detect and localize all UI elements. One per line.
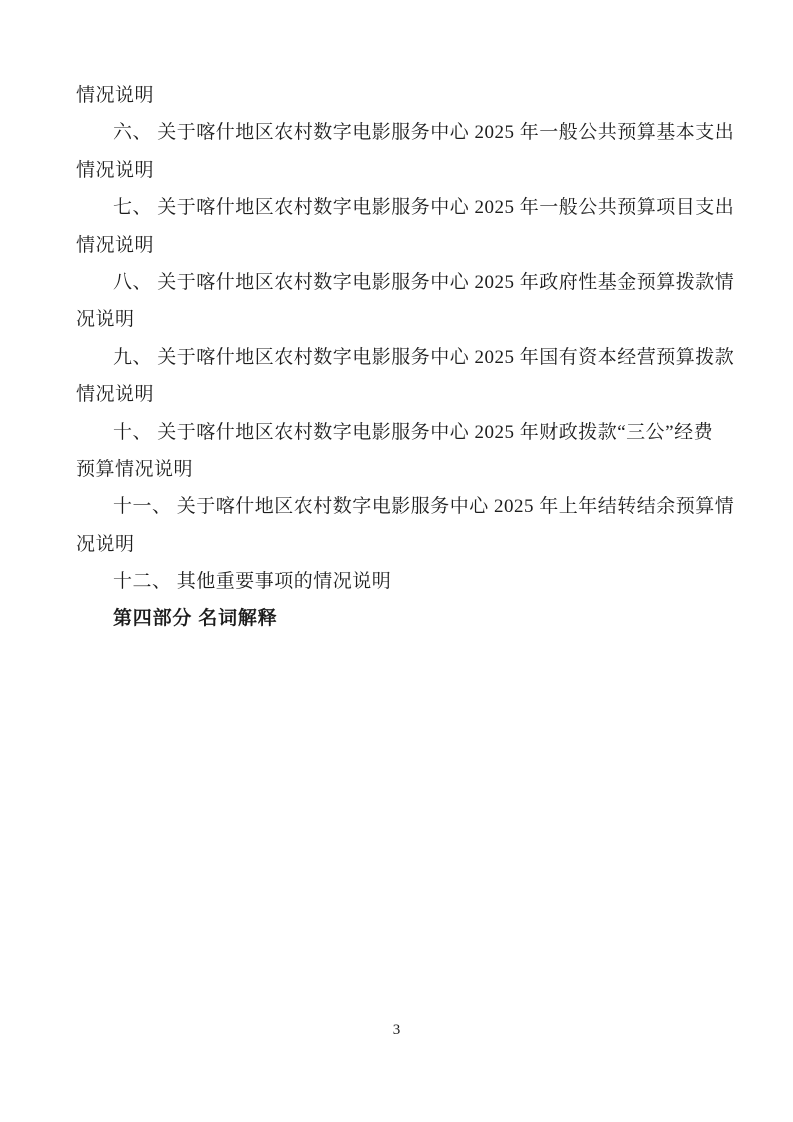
toc-item-9-line2: 情况说明 bbox=[76, 376, 720, 413]
toc-item-8-line1: 八、 关于喀什地区农村数字电影服务中心 2025 年政府性基金预算拨款情 bbox=[76, 264, 720, 301]
toc-item-11-line2: 况说明 bbox=[76, 526, 720, 563]
page-number: 3 bbox=[0, 1022, 793, 1039]
toc-item-6-line1: 六、 关于喀什地区农村数字电影服务中心 2025 年一般公共预算基本支出 bbox=[76, 114, 720, 151]
toc-item-7-line2: 情况说明 bbox=[76, 227, 720, 264]
section-heading-part4: 第四部分 名词解释 bbox=[76, 600, 720, 637]
toc-item-8-line2: 况说明 bbox=[76, 301, 720, 338]
toc-item-9-line1: 九、 关于喀什地区农村数字电影服务中心 2025 年国有资本经营预算拨款 bbox=[76, 339, 720, 376]
toc-item-10-line1: 十、 关于喀什地区农村数字电影服务中心 2025 年财政拨款“三公”经费 bbox=[76, 414, 720, 451]
toc-item-11-line1: 十一、 关于喀什地区农村数字电影服务中心 2025 年上年结转结余预算情 bbox=[76, 488, 720, 525]
toc-item-6-line2: 情况说明 bbox=[76, 152, 720, 189]
toc-item-10-line2: 预算情况说明 bbox=[76, 451, 720, 488]
toc-text-block: 情况说明 六、 关于喀什地区农村数字电影服务中心 2025 年一般公共预算基本支… bbox=[76, 77, 720, 638]
toc-item-12: 十二、 其他重要事项的情况说明 bbox=[76, 563, 720, 600]
toc-item-7-line1: 七、 关于喀什地区农村数字电影服务中心 2025 年一般公共预算项目支出 bbox=[76, 189, 720, 226]
toc-line-continuation: 情况说明 bbox=[76, 77, 720, 114]
document-page: 情况说明 六、 关于喀什地区农村数字电影服务中心 2025 年一般公共预算基本支… bbox=[0, 0, 793, 1122]
